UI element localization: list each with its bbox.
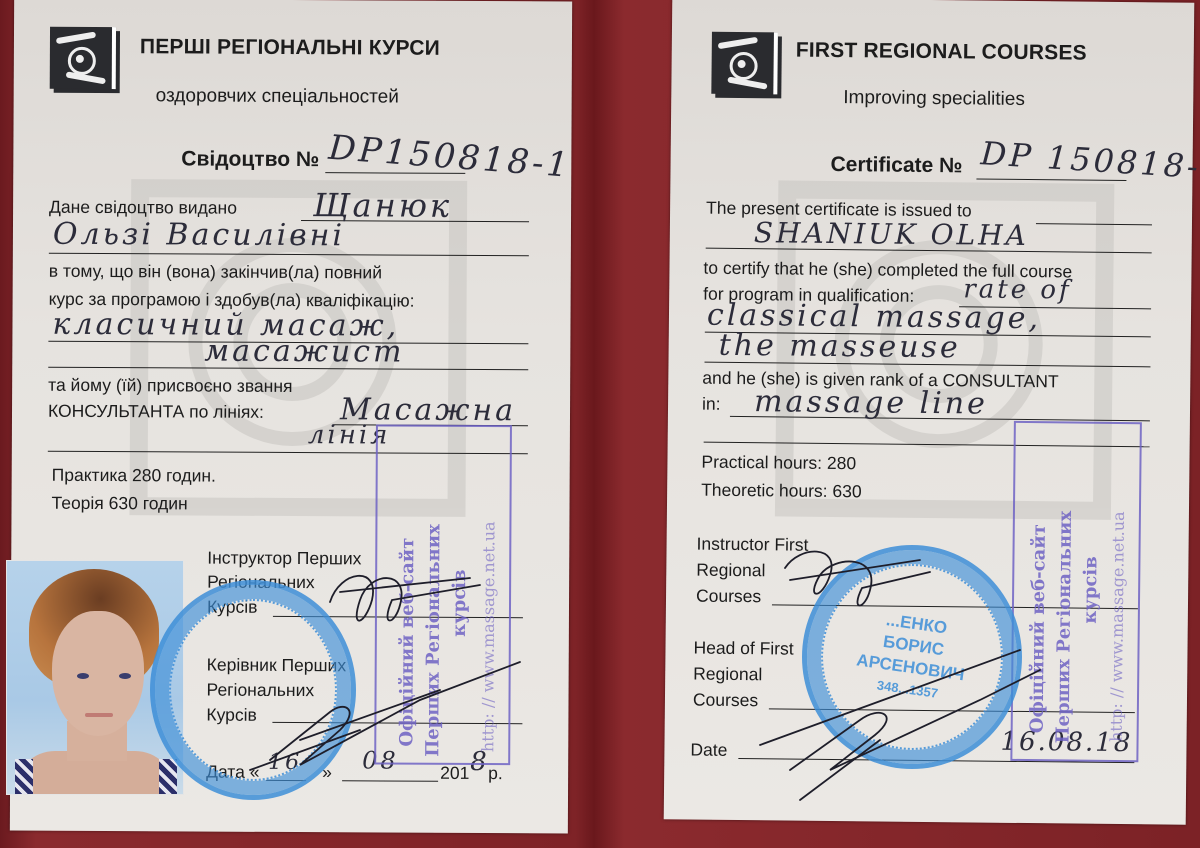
hands-lens-logo-icon (711, 32, 778, 95)
date-year-prefix: 201 (440, 763, 469, 784)
recipient-name: Ользі Василівні (53, 217, 345, 254)
certificate-number: DP150818-1 (327, 128, 572, 186)
date-label: Date (690, 740, 727, 761)
round-seal-right: ...ЕНКО БОРИС АРСЕНОВИЧ 348...1357 (802, 545, 1022, 769)
org-subtitle: оздоровчих спеціальностей (156, 85, 399, 108)
instructor-label-3: Courses (696, 586, 761, 608)
recipient-name: SHANIUK OLHA (754, 216, 1029, 252)
issued-to-label: Дане свідоцтво видано (49, 197, 237, 219)
date-suffix: р. (488, 763, 503, 784)
theoretic-hours: Theoretic hours: 630 (701, 480, 862, 503)
completion-text-1: в тому, що він (вона) закінчив(ла) повни… (49, 261, 382, 284)
qualification-line-3: the masseuse (718, 328, 960, 366)
theory-hours: Теорія 630 годин (51, 493, 187, 515)
round-seal-left (150, 580, 356, 800)
rank-value: massage line (754, 384, 988, 421)
org-title: ПЕРШІ РЕГІОНАЛЬНІ КУРСИ (140, 35, 440, 61)
rank-label: КОНСУЛЬТАНТА по лініях: (48, 401, 264, 423)
rank-in-label: in: (702, 394, 721, 415)
instructor-label-2: Regional (696, 560, 765, 582)
website-stamp: Офіційний веб-сайт Перших Регіональних к… (1010, 421, 1142, 762)
org-title: FIRST REGIONAL COURSES (796, 39, 1087, 66)
website-stamp: Офіційний веб-сайт Перших Регіональних к… (374, 424, 512, 765)
practice-hours: Практика 280 годин. (52, 465, 216, 487)
certificate-number-label: Свідоцтво № (181, 147, 319, 172)
head-label-3: Courses (693, 690, 758, 712)
practical-hours: Practical hours: 280 (701, 452, 856, 475)
hands-lens-logo-icon (50, 27, 116, 89)
qualification-line-2: масажист (204, 334, 404, 370)
head-label-2: Regional (693, 664, 762, 686)
head-label-1: Head of First (693, 638, 793, 660)
rank-text: та йому (їй) присвоєно звання (48, 375, 292, 397)
instructor-label-1: Інструктор Перших (207, 548, 361, 570)
instructor-label-1: Instructor First (696, 534, 808, 556)
certificate-number-label: Certificate № (830, 153, 962, 178)
org-subtitle: Improving specialities (843, 87, 1025, 111)
